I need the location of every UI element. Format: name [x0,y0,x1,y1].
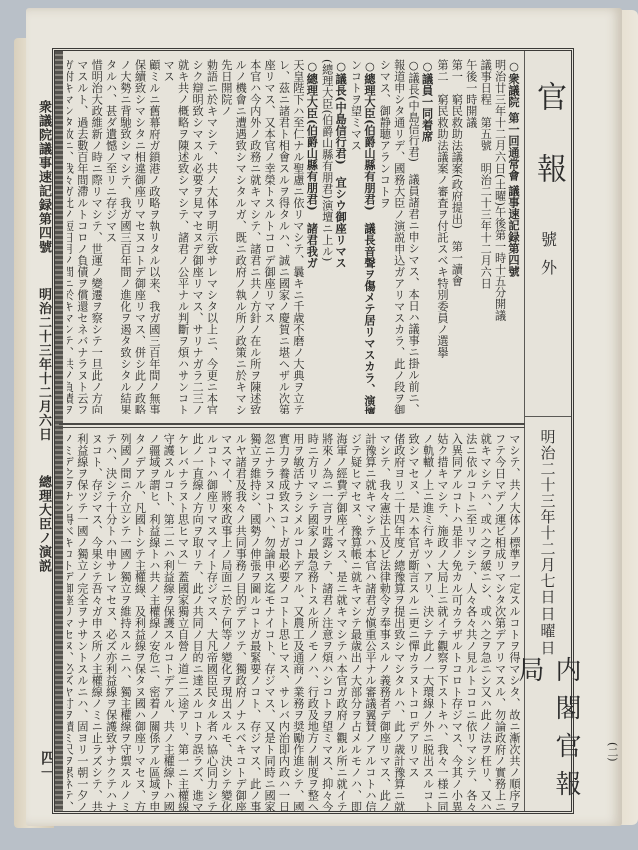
masthead-edition: 號外 [537,231,560,287]
text-line: 第一 窮民救助法議案(政府提出) 第一讀會 [449,59,463,414]
masthead-weekday: 日曜日 [538,606,559,657]
text-line: レ、茲ニ諸君ト相會スルヲ得タルハ、誠ニ國家ノ慶賀ニ堪ヘザル次第デ御 [276,59,290,414]
text-line: 實力ヲ養成致スコトガ最必要ノコトト思ヒマス、サレバ内治即内政ハ一日モ [276,433,290,811]
text-line: マス [161,59,175,414]
text-line: ノ軌轍ノ上ニ進ミ行キツヽアリ、決シテ此ノ一大環線ノ外ニ脱出スルコトハ [420,433,434,811]
lower-text-block: マシテ、共ノ大体ノ標準ヲ一定スルコトヲ得マシタ、故ニ漸次共ノ順序ヲ追フテ今日マデ… [67,433,521,811]
text-line: フテ今日マデノ運ビ相成リマシタ次第デアリマスル、勿論政府ノ實務上ニ [492,433,506,811]
text-line: 先日開院ノ [218,59,232,414]
text-line: 報道申シタ通リデ、國務大臣ノ演説申込ガアリマスカラ、此ノ段ヲ御報道致 [391,59,405,414]
masthead-title: 官報 [526,81,570,225]
text-line: 獨立ヲ維持シ、國勢ノ伸張ヲ圖ルコトガ最緊要ノコト、存ジマス、此ノ事タ [247,433,261,811]
text-line: ルコトハ御座リマスマイト存ジマス、大凡帝國臣民タル者ハ協心同力シテ、 [204,433,218,811]
text-line: 明治廿三年十二月六日(土曜)午後第一時十五分開議 [492,59,506,414]
text-line: 惜明治大政維新ノ時ニ際リマシテ、世運ノ變遷ヲ察シテ一旦此ノ方向ヲ變ジ [89,59,103,414]
text-line: 本官ハ今内外ノ政務ニ就キマシテ、諸君ニ共ノ方針ノ在ル所ヲ陳述致シマス [247,59,261,414]
text-line: シク辯明致シマスル必要ヲ見マセヌデ御座リマス、サリナガラ二三ノ要點ニ [190,59,204,414]
running-head-date: 明治二十三年十二月六日 [36,288,51,442]
text-line: ○衆議院 第一回通常會 議事速記録第四號 [507,59,521,414]
text-line: 議事日程 第五號 明治二十三年十二月六日 [478,59,492,414]
text-line: 就キマシテハ、或ハ之ヲ緩ニシ、或ハ之ヲ急ニシ又ハ此ノ法ヲ枉リ、又ハ此ノ [478,433,492,811]
text-line: ヌコト、存ジマス、今果シテ吾々ガ申ス所ノ主權線ノミニ止ラズシテ、共ノ [89,433,103,811]
text-line: 此ノ一直線ノ方向ヲ取リテ、此ノ共同ノ目的ニ達スルコトヲ誤ラズ、進マナ [190,433,204,811]
section-divider-thin [59,427,525,428]
page-frame: 官報 號外 明治二十三年十二月七日 日曜日 内閣官報局 ○衆議院 第一回通常會 … [52,48,574,814]
running-head-title: 衆議院議事速記録第四號 [36,100,51,254]
text-line: 忽ニナラヌコトハ、勿論申ス迄モナイコト、存ジマス、又是ト同時ニ國家ノ [262,433,276,811]
text-line: ○總理大臣(伯爵山縣有朋君) 議長音聲ヲ傷メテ居リマスカラ、演壇ニ上ヲ [363,59,377,414]
text-line: 第二 窮民救助法議案ノ審査ヲ付託スベキ特別委員ノ選擧 [435,59,449,414]
text-line: 法ニ依ルコトニ至リマシテ、人々各々共ノ見ルトコロニ依リマシテ、各々出 [463,433,477,811]
text-line: ルノ機會ニ遭遇致シマシタルガ、既ニ政府ノ執ル所ノ政策ニ於キマシテハ、 [233,59,247,414]
text-line: タルハ、甚ダ遺憾ノ至リニ存ジマス [103,59,117,414]
text-line: 午後一時開議 [463,59,477,414]
margin-mark: (二) [604,742,620,762]
masthead: 官報 號外 明治二十三年十二月七日 日曜日 内閣官報局 [524,51,571,811]
text-line: ノ大勢ニ背馳致シマシテ、我ガ國三百年間ノ進化ヲ遏タ致シタル結果ヲ生ジ [118,59,132,414]
masthead-publisher: 内閣官報局 [511,656,585,811]
text-line: 座リマス、又本官ノ幸榮トスルトコロデ御座リマス [262,59,276,414]
text-line: 用ヲ敏活ナラシメルコトデアル、又農工及通商ノ業務ヲ奨勵作進シテ、國ノ [291,433,305,811]
text-line: 顧ミルニ舊幕府ガ鎖港ノ政略ヲ執リタル以来、我ガ國三百年間ノ無事太平ヲ [146,59,160,414]
text-line: 姑ク措キマシテ、施政ノ大局上ニ就イテ觀察ヲ下ストキハ、我々一様ニ同一 [435,433,449,811]
masthead-divider [525,416,571,417]
running-head-section: 總理大臣ノ演説 [36,475,51,573]
text-line: 海軍ノ經費デ御座イマス、是ニ就キマシテハ本官ガ政府ノ觀ル所ニ就イテ、 [334,433,348,811]
section-divider [59,423,525,425]
text-line: 利益線ヲ保ツテ一國ノ獨立ノ完全ヲナサントスルニハ、固ヨリ一朝一夕ノ話 [74,433,88,811]
text-line: ○議員一同着席 [420,59,434,414]
text-line: マスマイ、將來政事上ノ局面ニ於テ何等ノ變化ヲ現出スルモ、決シテ變化ス [218,433,232,811]
text-line: ルヤ諸君及我々ノ共同事務ノ目的デアツテ、獨政府ノナスベキコトデ御座リ [233,433,247,811]
left-border-rule [55,51,63,811]
text-line: 入異同アルコトハ是非ノ免カル可カラザルトコロト存ジマス、今其ノ小異ハ [449,433,463,811]
text-line: マシテ、我々憲法上及ビ法律勅令ヲ奉事スルノ義務者デ御座リマス、此ノ歳 [377,433,391,811]
masthead-date: 明治二十三年十二月七日 [538,429,559,605]
text-line: 保續致シマシタニ相違御座リマセヌコトデ御座リマス、併シ此ノ政略ハ宇内 [132,59,146,414]
text-line: ジテ疑ヒマセヌ、豫算帳ニ就キマシテ最歳出ノ大部分ヲ占メルモノハ、即陸 [348,433,362,811]
text-line: ○議長(中島信行君) 宜シウ御座リマス [334,59,348,414]
text-line: 時ニ方リマシテ國家ノ最急務トスル所ノモノハ、行政及地方ノ制度ヲ整ヘ運 [305,433,319,811]
text-line: (總理大臣(伯爵山縣有朋君)演壇ニ上ル) [319,59,333,414]
text-line: 將來ノ為ニ一言ヲ吐露シテ、諸君ノ注意ヲ煩ハシコトヲ望ミマス、抑々今ノ [319,433,333,811]
text-line: 致シマセヌ、是ハ本官ガ斷言スルニ更ニ憚カラヌトコロデアリマス [406,433,420,811]
text-line: ○總理大臣(伯爵山縣有朋君) 諸君我ガ [305,59,319,414]
text-line: 偖政府ヨリ二十四年度ノ總豫算ヲ提出致シマシタルハ、此ノ歳計豫算ニ就キ [391,433,405,811]
text-line: 就キ共ノ概略ヲ陳述致シマシテ、諸君ノ公平ナル判斷ヲ煩ハサンコトヲ望ミ [175,59,189,414]
upper-text-block: ○衆議院 第一回通常會 議事速記録第四號明治廿三年十二月六日(土曜)午後第一時十… [67,59,521,414]
text-line: ンコトヲ望ミマス [348,59,362,414]
text-line: ノミデ之ヲナシ得ベキコトデ御座リマセヌ、必ズヤ寸ヲ積ミ尺ヲ累ネテ、漸次 [67,433,74,811]
text-line: テハ、決シテ十分トハ申サレマセヌ、必ズ亦利益線ヲ保護致サナクテハナラ [103,433,117,811]
running-head: 衆議院議事速記録第四號 明治二十三年十二月六日 總理大臣ノ演説 [34,100,53,573]
text-line: マシテ、共ノ大体ノ標準ヲ一定スルコトヲ得マシタ、故ニ漸次共ノ順序ヲ追 [507,433,521,811]
text-line: 勅語ニ於キマシテ、共ノ大体ヲ明示致サレマシタ以上ニ、今更ニ本官ガ事々 [204,59,218,414]
text-line: 守護スルコト、第二ニハ利益線ヲ保護スルコトデアル、共ノ主權線トハ國 [161,433,175,811]
text-line: マスルト、過去數百年間滯ルトコロノ負債ヲ償還セネバナラヌト云フ事ニ氣 [74,59,88,414]
text-line: シマス、御静聴アランコトヲ [377,59,391,414]
text-line: タノデアル、凡國トシテ主權線、及利益線ヲ保タヌ國ハ御座リマセヌ、方今 [132,433,146,811]
text-line: 天皇陛下ハ至仁ナル聖慮ニ依リマシテ、曩キニ千歳不磨ノ大典ヲ立テサセラ [291,59,305,414]
text-line: ケレバナラヌト思ヒマス」蓋國家獨立自營ノ道ニ二途アリ、第一ニ主權線ヲ [175,433,189,811]
text-line: ノ疆域ヲ謂ヒ、利益線トハ共ノ主權線ノ安危ニ、密着ノ關係アル區域ヲ申シ [146,433,160,811]
text-line: 列國ノ間ニ介立シテ一國ノ獨立ヲ維持スルニハ、獨主權線ヲ守禦スルノミ [118,433,132,811]
text-line: ガ附キマシタ故ニ、我々ガ此ノ短日月ノ間ニ於キマシテ、共ノ負債ヲ償還ス [67,59,74,414]
text-line: ○議長(中島信行君) 議員諸君ニ申シマス、本日ハ議事ニ掛ル前ニ、昨日御 [406,59,420,414]
text-line: 計豫算ニ就キマシテハ本官ハ諸君ガ愼重公平ナル審議翼賛ノアルコトハ信 [363,433,377,811]
